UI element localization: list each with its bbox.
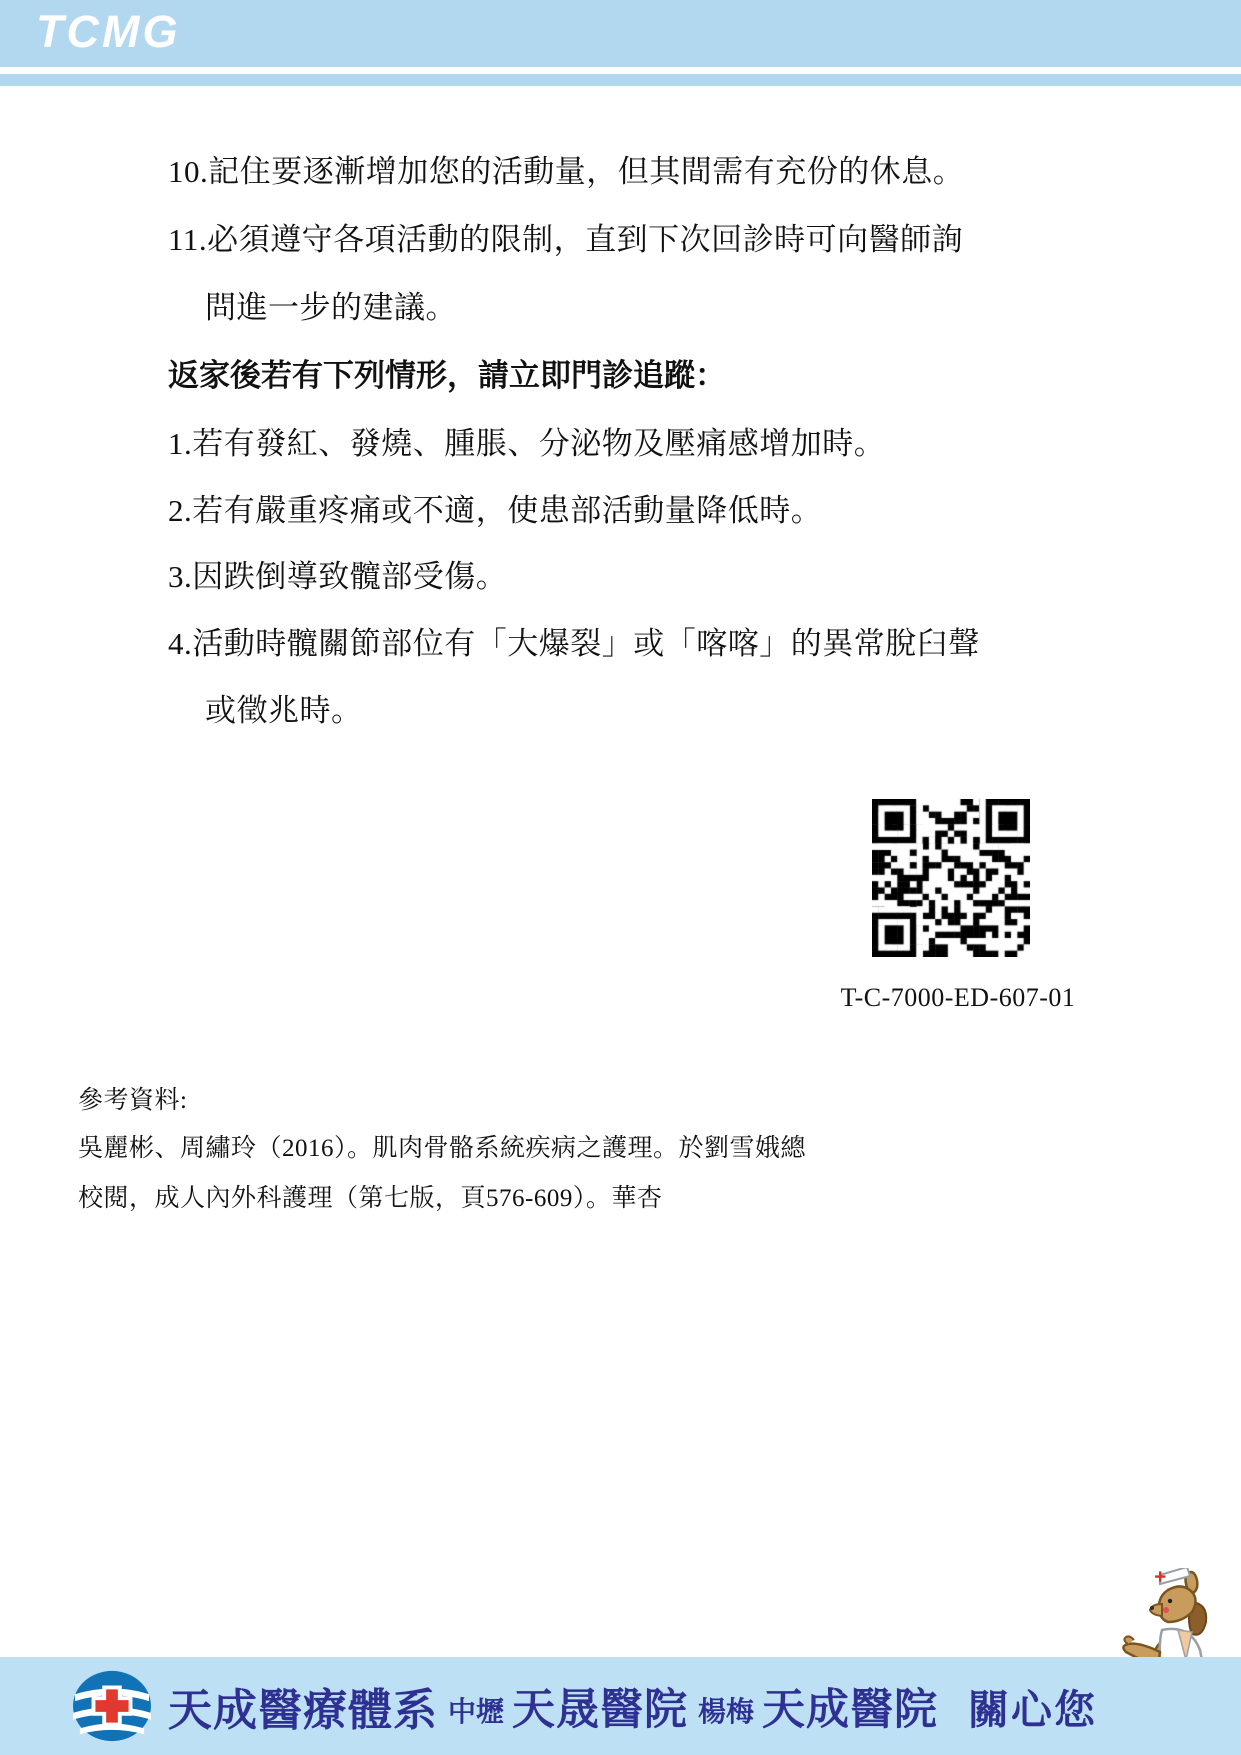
footer-tagline: 關心您: [968, 1677, 1097, 1736]
followup-heading: 返家後若有下列情形，請立即門診追蹤：: [168, 350, 726, 395]
header-bar: [0, 0, 1241, 67]
alert-line-4-cont: 或徵兆時。: [205, 685, 363, 730]
reference-line-2: 校閱，成人內外科護理（第七版，頁576-609）。華杏: [78, 1178, 662, 1214]
alert-line-1: 1.若有發紅、發燒、腫脹、分泌物及壓痛感增加時。: [168, 418, 885, 463]
reference-line-1: 吳麗彬、周繡玲（2016）。肌肉骨骼系統疾病之護理。於劉雪娥總: [78, 1128, 806, 1164]
qr-code-icon: [872, 799, 1030, 957]
document-code: T-C-7000-ED-607-01: [838, 983, 1078, 1013]
tcmg-logo-text: TCMG: [36, 6, 180, 58]
alert-line-4: 4.活動時髖關節部位有「大爆裂」或「喀喀」的異常脫臼聲: [168, 618, 980, 663]
alert-line-3: 3.因跌倒導致髖部受傷。: [168, 551, 507, 596]
branch2-location-label: 楊梅: [698, 1690, 754, 1730]
instruction-line-11-cont: 問進一步的建議。: [205, 282, 457, 327]
footer-branding: 天成醫療體系 中壢 天晟醫院 楊梅 天成醫院 關心您: [70, 1657, 1097, 1755]
patient-education-page: TCMG 10.記住要逐漸增加您的活動量，但其間需有充份的休息。 11.必須遵守…: [0, 0, 1241, 1755]
branch1-location-label: 中壢: [448, 1690, 504, 1730]
instruction-line-10: 10.記住要逐漸增加您的活動量，但其間需有充份的休息。: [168, 146, 964, 191]
references-title: 參考資料:: [78, 1080, 187, 1116]
hospital-group-logo-icon: [70, 1668, 154, 1744]
branch2-name: 天成醫院: [762, 1676, 938, 1737]
hospital-group-name: 天成醫療體系: [168, 1674, 438, 1738]
alert-line-2: 2.若有嚴重疼痛或不適，使患部活動量降低時。: [168, 485, 822, 530]
header-accent-bar: [0, 74, 1241, 86]
branch1-name: 天晟醫院: [512, 1676, 688, 1737]
instruction-line-11: 11.必須遵守各項活動的限制，直到下次回診時可向醫師詢: [168, 214, 963, 259]
